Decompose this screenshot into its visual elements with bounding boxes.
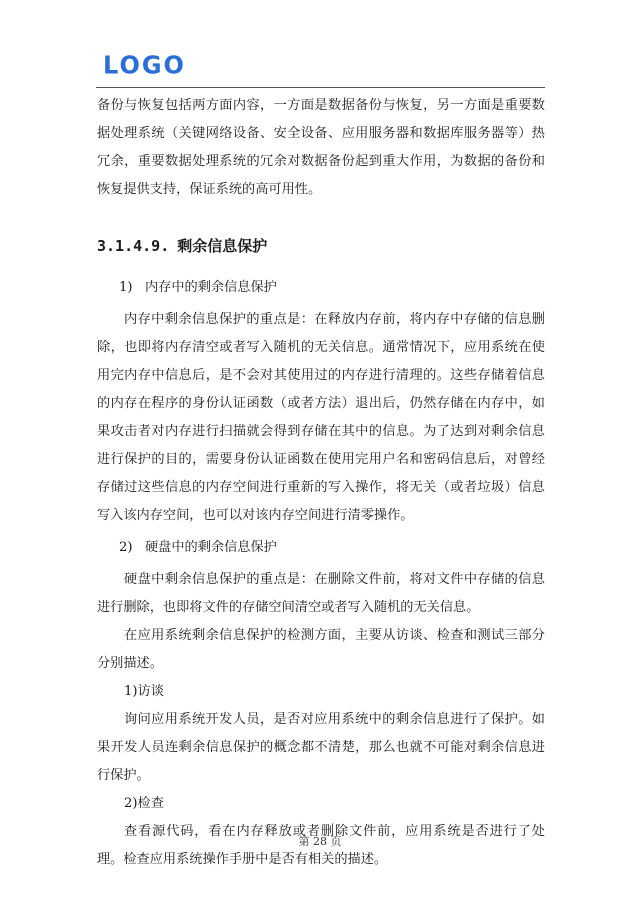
paragraph-interview: 询问应用系统开发人员，是否对应用系统中的剩余信息进行了保护。如果开发人员连剩余信… xyxy=(97,706,545,790)
section-heading: 3.1.4.9.剩余信息保护 xyxy=(97,232,545,260)
paragraph-memory: 内存中剩余信息保护的重点是：在释放内存前，将内存中存储的信息删除，也即将内存清空… xyxy=(97,306,545,530)
section-number: 3.1.4.9. xyxy=(97,237,169,255)
section-title: 剩余信息保护 xyxy=(177,237,267,255)
paragraph-disk: 硬盘中剩余信息保护的重点是：在删除文件前，将对文件中存储的信息进行删除，也即将文… xyxy=(97,566,545,622)
page-number: 第 28 页 xyxy=(0,833,640,849)
document-body: 备份与恢复包括两方面内容，一方面是数据备份与恢复，另一方面是重要数据处理系统（关… xyxy=(97,92,545,874)
subsection-title: 硬盘中的剩余信息保护 xyxy=(145,540,277,555)
paragraph-detection: 在应用系统剩余信息保护的检测方面，主要从访谈、检查和测试三部分分别描述。 xyxy=(97,622,545,678)
check-label: 2)检查 xyxy=(97,790,545,818)
interview-label: 1)访谈 xyxy=(97,678,545,706)
subsection-number: 1) xyxy=(119,274,145,302)
subsection-number: 2) xyxy=(119,534,145,562)
header-divider xyxy=(96,87,545,88)
subsection-title: 内存中的剩余信息保护 xyxy=(145,280,277,295)
subsection-heading-memory: 1)内存中的剩余信息保护 xyxy=(97,274,545,302)
logo: LOGO xyxy=(103,50,186,79)
intro-paragraph: 备份与恢复包括两方面内容，一方面是数据备份与恢复，另一方面是重要数据处理系统（关… xyxy=(97,92,545,204)
subsection-heading-disk: 2)硬盘中的剩余信息保护 xyxy=(97,534,545,562)
